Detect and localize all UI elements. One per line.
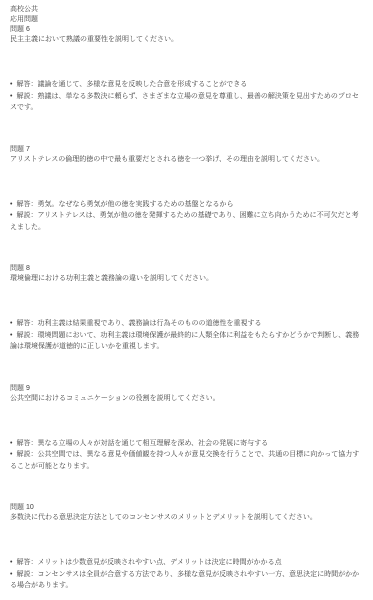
document-page: 高校公共 応用問題 問題 6 民主主義において熟議の重要性を説明してください。 … [0, 0, 373, 592]
bullet-icon: • [10, 571, 12, 578]
question-block-8: 問題 8 環境倫理における功利主義と義務論の違いを説明してください。 •解答：功… [10, 264, 365, 353]
answer-list: •解答：功利主義は結果重視であり、義務論は行為そのものの道徳性を重視する •解説… [10, 318, 365, 353]
question-block-9: 問題 9 公共空間におけるコミュニケーションの役割を説明してください。 •解答：… [10, 384, 365, 473]
answer-item: •解答：メリットは少数意見が反映されやすい点、デメリットは決定に時間がかかる点 [10, 557, 365, 569]
bullet-icon: • [10, 81, 12, 88]
answer-item: •解答：功利主義は結果重視であり、義務論は行為そのものの道徳性を重視する [10, 318, 365, 330]
explanation-text: 解説：環境問題において、功利主義は環境保護が最終的に人類全体に利益をもたらすかど… [10, 332, 359, 351]
bullet-icon: • [10, 320, 12, 327]
answer-text: 解答：メリットは少数意見が反映されやすい点、デメリットは決定に時間がかかる点 [16, 559, 281, 566]
section-title: 応用問題 [10, 15, 365, 25]
answer-text: 解答：議論を通じて、多様な意見を反映した合意を形成することができる [16, 81, 247, 88]
answer-text: 解答：異なる立場の人々が対話を通じて相互理解を深め、社会の発展に寄与する [16, 440, 268, 447]
question-label: 問題 9 [10, 384, 365, 394]
question-text: 公共空間におけるコミュニケーションの役割を説明してください。 [10, 394, 365, 404]
question-text: 環境倫理における功利主義と義務論の違いを説明してください。 [10, 274, 365, 284]
explanation-item: •解説：アリストテレスは、勇気が他の徳を発揮するための基礎であり、困難に立ち向か… [10, 210, 365, 233]
question-label: 問題 10 [10, 503, 365, 513]
question-block-10: 問題 10 多数決に代わる意思決定方法としてのコンセンサスのメリットとデメリット… [10, 503, 365, 592]
bullet-icon: • [10, 332, 12, 339]
bullet-icon: • [10, 93, 12, 100]
answer-list: •解答：異なる立場の人々が対話を通じて相互理解を深め、社会の発展に寄与する •解… [10, 438, 365, 473]
answer-item: •解答：勇気。なぜなら勇気が他の徳を実践するための基盤となるから [10, 199, 365, 211]
answer-list: •解答：議論を通じて、多様な意見を反映した合意を形成することができる •解説：熟… [10, 79, 365, 114]
answer-list: •解答：メリットは少数意見が反映されやすい点、デメリットは決定に時間がかかる点 … [10, 557, 365, 592]
explanation-text: 解説：アリストテレスは、勇気が他の徳を発揮するための基礎であり、困難に立ち向かう… [10, 212, 359, 231]
question-label: 問題 8 [10, 264, 365, 274]
answer-text: 解答：功利主義は結果重視であり、義務論は行為そのものの道徳性を重視する [16, 320, 261, 327]
explanation-text: 解説：コンセンサスは全員が合意する方法であり、多様な意見が反映されやすい一方、意… [10, 571, 359, 590]
bullet-icon: • [10, 201, 12, 208]
answer-text: 解答：勇気。なぜなら勇気が他の徳を実践するための基盤となるから [16, 201, 233, 208]
course-title: 高校公共 [10, 5, 365, 15]
explanation-item: •解説：熟議は、単なる多数決に頼らず、さまざまな立場の意見を尊重し、最善の解決策… [10, 91, 365, 114]
bullet-icon: • [10, 212, 12, 219]
explanation-item: •解説：コンセンサスは全員が合意する方法であり、多様な意見が反映されやすい一方、… [10, 569, 365, 592]
explanation-item: •解説：環境問題において、功利主義は環境保護が最終的に人類全体に利益をもたらすか… [10, 330, 365, 353]
question-label: 問題 7 [10, 145, 365, 155]
question-text: 多数決に代わる意思決定方法としてのコンセンサスのメリットとデメリットを説明してく… [10, 513, 365, 523]
bullet-icon: • [10, 440, 12, 447]
explanation-item: •解説：公共空間では、異なる意見や価値観を持つ人々が意見交換を行うことで、共通の… [10, 449, 365, 472]
question-text: 民主主義において熟議の重要性を説明してください。 [10, 35, 365, 45]
answer-list: •解答：勇気。なぜなら勇気が他の徳を実践するための基盤となるから •解説：アリス… [10, 199, 365, 234]
bullet-icon: • [10, 451, 12, 458]
question-text: アリストテレスの倫理的徳の中で最も重要だとされる徳を一つ挙げ、その理由を説明して… [10, 155, 365, 165]
explanation-text: 解説：熟議は、単なる多数決に頼らず、さまざまな立場の意見を尊重し、最善の解決策を… [10, 93, 359, 112]
question-block-6: 問題 6 民主主義において熟議の重要性を説明してください。 •解答：議論を通じて… [10, 25, 365, 114]
answer-item: •解答：議論を通じて、多様な意見を反映した合意を形成することができる [10, 79, 365, 91]
question-block-7: 問題 7 アリストテレスの倫理的徳の中で最も重要だとされる徳を一つ挙げ、その理由… [10, 145, 365, 234]
explanation-text: 解説：公共空間では、異なる意見や価値観を持つ人々が意見交換を行うことで、共通の目… [10, 451, 359, 470]
answer-item: •解答：異なる立場の人々が対話を通じて相互理解を深め、社会の発展に寄与する [10, 438, 365, 450]
bullet-icon: • [10, 559, 12, 566]
question-label: 問題 6 [10, 25, 365, 35]
